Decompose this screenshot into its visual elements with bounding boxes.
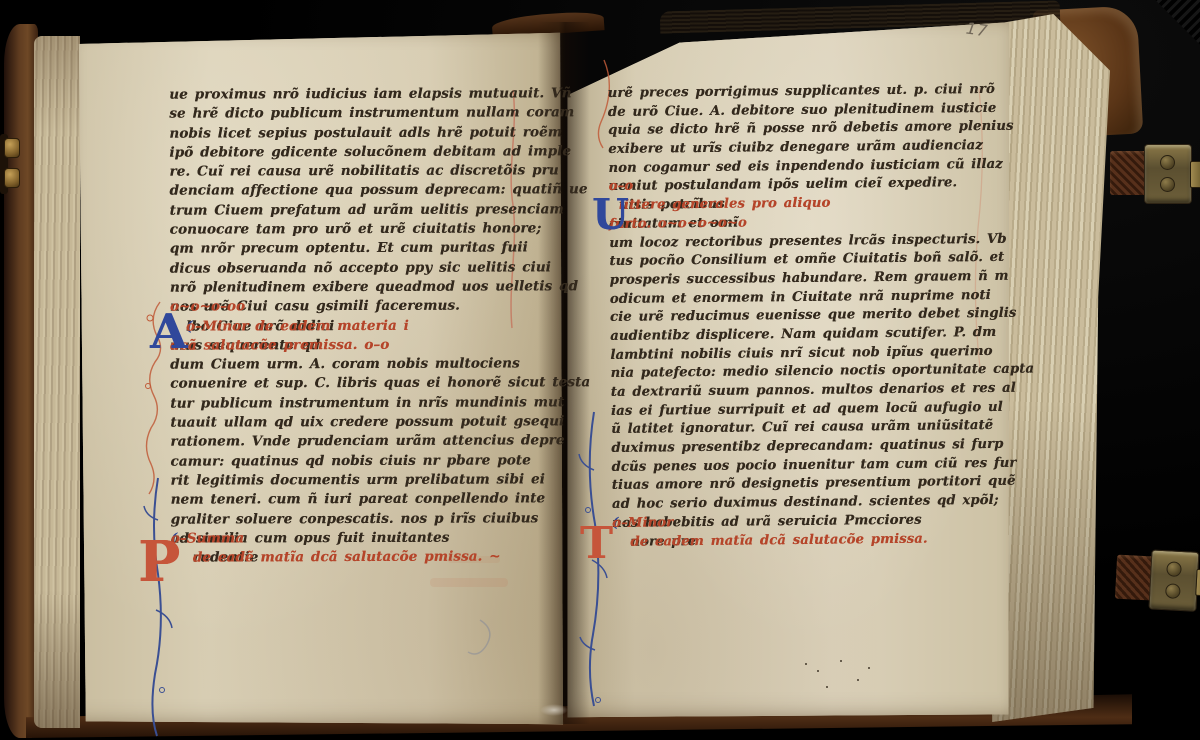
right-page-text: urẽ preces porrigimus supplicantes ut. p… — [608, 82, 983, 553]
manuscript-text-line: trum Ciuem prefatum ad urãm uelitis pres… — [170, 201, 540, 222]
illuminated-initial-top-right: U — [592, 194, 629, 236]
illuminated-initial-top-left: A — [150, 308, 187, 356]
manuscript-text-line: nrõ plenitudinem exibere queadmod uos ue… — [170, 278, 540, 299]
clasp-left-icon — [0, 134, 22, 194]
left-page-text: ue proximus nrõ iudicius iam elapsis mut… — [169, 85, 541, 569]
illuminated-initial-bottom-left: P — [138, 534, 180, 590]
manuscript-text-line: lbo Ciue nrõ didici (o–Minor de eadem ma… — [170, 317, 540, 338]
manuscript-text-line: rationem. Vnde prudenciam urãm attencius… — [170, 433, 540, 454]
manuscript-text-line: se hrẽ dicto publicum instrumentum nulla… — [169, 105, 539, 126]
manuscript-text-line: mus sequerente qd dcã salutacõe premissa… — [170, 336, 540, 357]
manuscript-text-line: ue proximus nrõ iudicius iam elapsis mut… — [169, 85, 539, 106]
manuscript-text-line: ad similia cum opus fuit inuitantes (o–S… — [171, 529, 541, 550]
strap-clasp-top-right-icon — [1110, 144, 1200, 202]
manuscript-text-line: camur: quatinus qd nobis ciuis nr pbare … — [170, 452, 540, 473]
manuscript-photo: ue proximus nrõ iudicius iam elapsis mut… — [0, 0, 1200, 740]
manuscript-text-line: nos urõ Ciui casu gsimili faceremus. o~o… — [170, 298, 540, 319]
manuscript-text-line: graliter soluere conpescatis. nos p irĩs… — [171, 510, 541, 531]
manuscript-text-line: nobis licet sepius postulauit adls hrẽ p… — [169, 124, 539, 145]
illuminated-initial-bottom-right: T — [580, 522, 613, 566]
background-fabric-texture — [1138, 0, 1200, 52]
binding-thread — [540, 704, 568, 716]
manuscript-text-line: tur publicum instrumentum in nrĩs mundin… — [170, 394, 540, 415]
manuscript-text-line: conuenire et sup. C. libris quas ei hono… — [170, 375, 540, 396]
book-cover-left-edge — [4, 24, 38, 738]
manuscript-text-line: rudentie de eadẽ matĩa dcã salutacõe pmi… — [171, 548, 541, 569]
manuscript-text-line: qm nrõr precum optentu. Et cum puritas f… — [170, 240, 540, 261]
manuscript-text-line: conuocare tam pro urõ et urẽ ciuitatis h… — [170, 220, 540, 241]
manuscript-text-line: tuauit ullam qd uix credere possum potui… — [170, 413, 540, 434]
manuscript-text-line: re. Cuĩ rei causa urẽ nobilitatis ac dis… — [169, 163, 539, 184]
manuscript-text-line: dum Ciuem urm. A. coram nobis multociens — [170, 356, 540, 377]
folio-number: 17 — [965, 19, 990, 41]
manuscript-text-line: rit legitimis documentis urm prelibatum … — [171, 471, 541, 492]
manuscript-text-line: nore pre de eadem matĩa dcã salutacõe pm… — [612, 531, 982, 554]
strap-clasp-bottom-right-icon — [1115, 548, 1200, 611]
manuscript-text-line: ipõ debitore gdicente solucõnem debitam … — [169, 143, 539, 164]
page-edges-left — [34, 36, 80, 728]
manuscript-text-line: denciam affectione qua possum deprecam: … — [169, 182, 539, 203]
manuscript-text-line: dicus obseruanda nõ accepto ppy sic ueli… — [170, 259, 540, 280]
manuscript-text-line: nem teneri. cum ñ iuri pareat conpellend… — [171, 491, 541, 512]
